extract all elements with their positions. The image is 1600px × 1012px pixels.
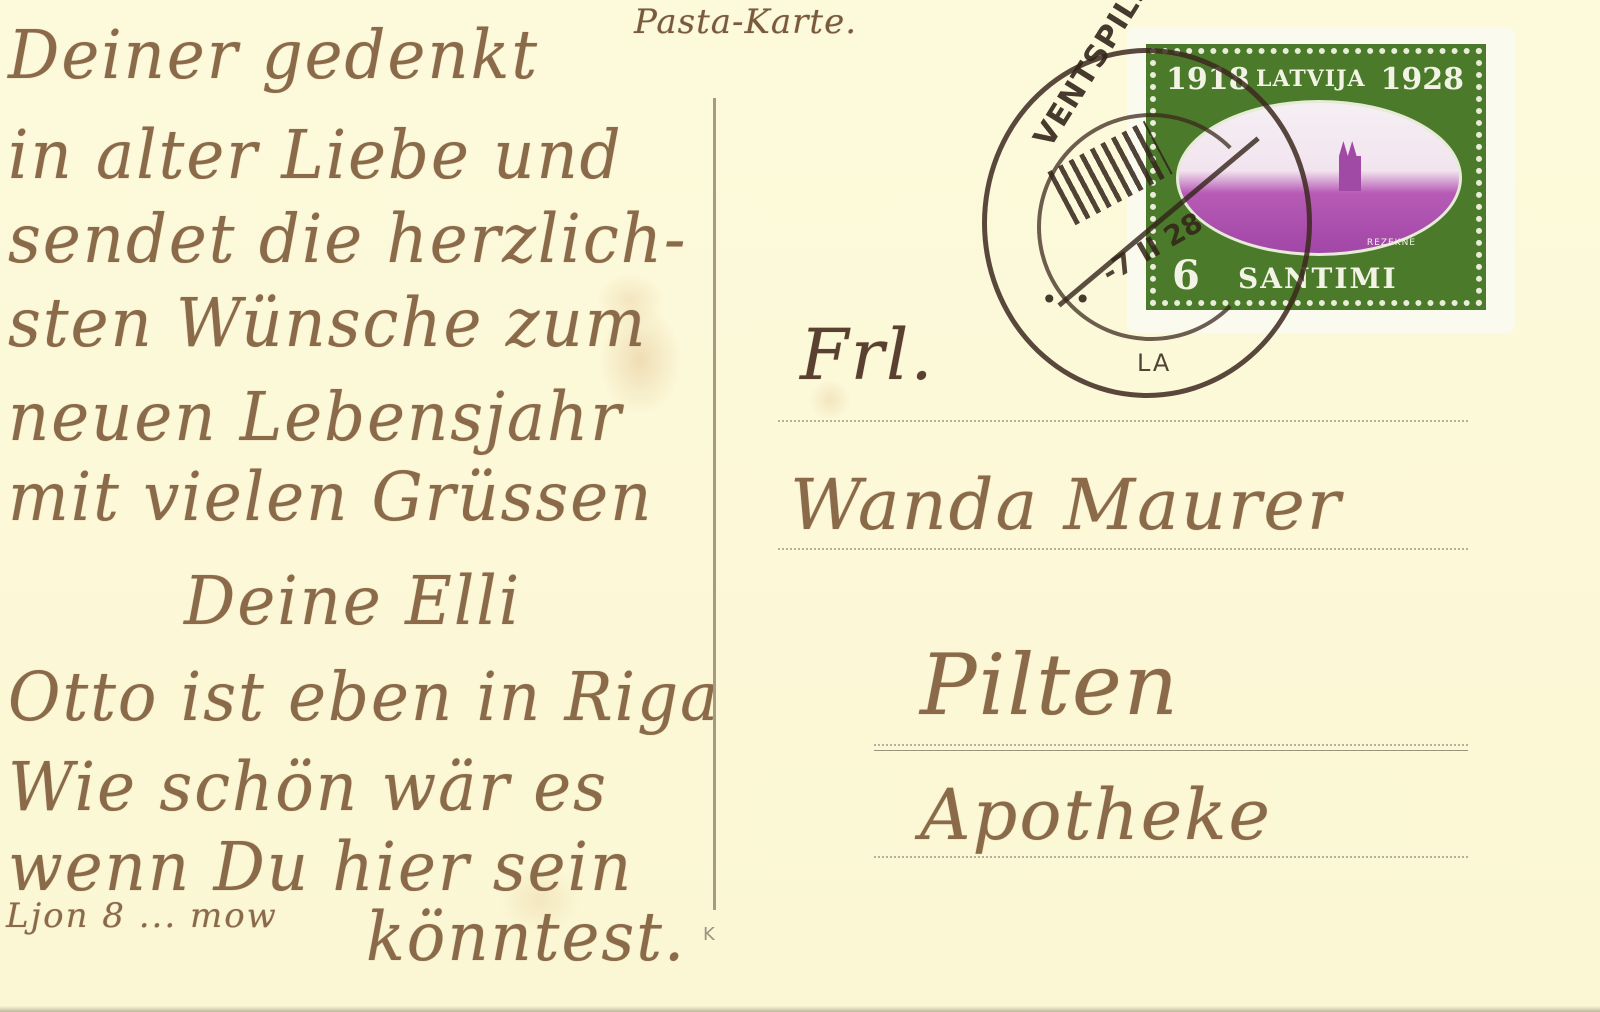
stamp-caption: REZEKNE bbox=[1367, 238, 1416, 248]
address-line bbox=[778, 548, 1468, 550]
address-line bbox=[874, 744, 1468, 746]
message-line: neuen Lebensjahr bbox=[8, 384, 623, 451]
card-bottom-edge bbox=[0, 1006, 1600, 1012]
address-salutation: Frl. bbox=[800, 320, 935, 390]
postmark: VENTSPILS -7 II 28 • • LA bbox=[982, 48, 1312, 398]
message-margin-note: Ljon 8 ... mow bbox=[6, 896, 278, 936]
message-line: Otto ist eben in Riga bbox=[8, 664, 720, 731]
message-line: könntest. bbox=[366, 904, 686, 971]
address-line bbox=[778, 420, 1468, 422]
message-line: Wie schön wär es bbox=[8, 754, 608, 821]
postmark-code: LA bbox=[1137, 349, 1171, 377]
message-line: in alter Liebe und bbox=[8, 122, 623, 189]
message-line: mit vielen Grüssen bbox=[8, 464, 653, 531]
message-line: Deiner gedenkt bbox=[8, 22, 539, 89]
message-line: sten Wünsche zum bbox=[8, 290, 647, 357]
message-line: wenn Du hier sein bbox=[8, 834, 633, 901]
address-place: Apotheke bbox=[920, 780, 1272, 850]
card-divider bbox=[713, 98, 716, 910]
message-line: sendet die herzlich- bbox=[8, 206, 688, 273]
printer-mark: K bbox=[703, 924, 715, 945]
stamp-year-right: 1928 bbox=[1381, 62, 1465, 97]
castle-icon bbox=[1339, 141, 1361, 191]
address-underline bbox=[874, 750, 1468, 751]
stamp-country: LATVIJA bbox=[1256, 66, 1366, 92]
postcard-header-label: Pasta-Karte. bbox=[634, 2, 857, 42]
postcard: Pasta-Karte. Deiner gedenkt in alter Lie… bbox=[0, 0, 1600, 1012]
address-line bbox=[874, 856, 1468, 858]
message-signature: Deine Elli bbox=[184, 568, 521, 635]
address-town: Pilten bbox=[920, 650, 1180, 720]
address-name: Wanda Maurer bbox=[790, 470, 1342, 540]
